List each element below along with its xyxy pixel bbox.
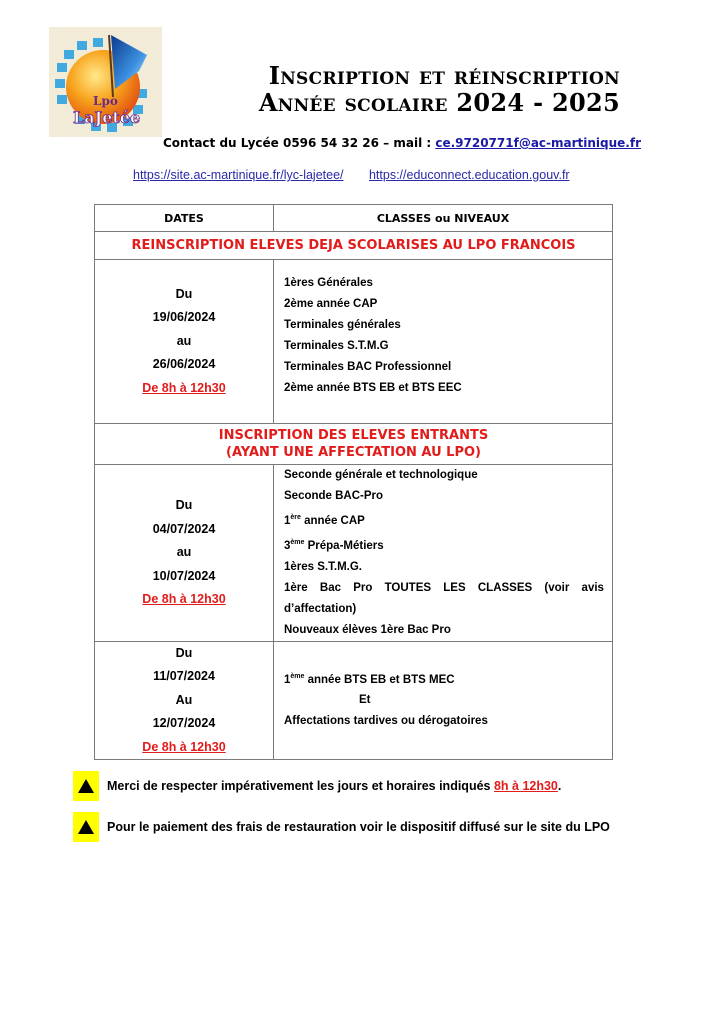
notice-text-main: Merci de respecter impérativement les jo…	[107, 779, 494, 793]
notice-text: Pour le paiement des frais de restaurati…	[107, 820, 610, 834]
class-item: Terminales S.T.M.G	[284, 336, 604, 357]
class-item: 3ème Prépa-Métiers	[284, 532, 604, 557]
class-item: Seconde BAC-Pro	[284, 486, 604, 507]
class-item: Terminales BAC Professionnel	[284, 357, 604, 378]
class-item: 1ère année CAP	[284, 507, 604, 532]
registration-schedule-table: DATES CLASSES ou NIVEAUX REINSCRIPTION E…	[94, 204, 613, 760]
class-connector: Et	[284, 690, 604, 711]
date-range-cell: Du 11/07/2024 Au 12/07/2024 De 8h à 12h3…	[95, 641, 274, 760]
hours: De 8h à 12h30	[95, 736, 273, 760]
title-line-2: Année scolaire 2024 - 2025	[200, 89, 620, 116]
section-title-line: REINSCRIPTION ELEVES DEJA SCOLARISES AU …	[95, 237, 612, 254]
class-item: Affectations tardives ou dérogatoires	[284, 711, 604, 732]
logo-graphic: Lpo LaJetée	[49, 27, 162, 137]
contact-line: Contact du Lycée 0596 54 32 26 – mail : …	[0, 136, 724, 150]
notice-restauration: Pour le paiement des frais de restaurati…	[73, 812, 610, 842]
notice-hours: Merci de respecter impérativement les jo…	[73, 771, 561, 801]
class-item-justified: 1èreBacProTOUTESLESCLASSES(voiravis	[284, 578, 604, 599]
section-title-line: (AYANT UNE AFFECTATION AU LPO)	[95, 444, 612, 461]
hours: De 8h à 12h30	[95, 377, 273, 401]
classes-cell: 1ères Générales 2ème année CAP Terminale…	[274, 260, 613, 424]
class-item: Seconde générale et technologique	[284, 465, 604, 486]
title-line-1: Inscription et réinscription	[200, 62, 620, 89]
date-end: 26/06/2024	[95, 353, 273, 377]
header-dates: DATES	[95, 205, 274, 232]
hours: De 8h à 12h30	[95, 588, 273, 612]
date-start: 11/07/2024	[95, 665, 273, 689]
class-item: 1ères S.T.M.G.	[284, 557, 604, 578]
date-start: 04/07/2024	[95, 518, 273, 542]
class-item: 1ème année BTS EB et BTS MEC	[284, 666, 604, 691]
page-title: Inscription et réinscription Année scola…	[200, 62, 620, 116]
section-title: REINSCRIPTION ELEVES DEJA SCOLARISES AU …	[95, 232, 613, 260]
section-title-line: INSCRIPTION DES ELEVES ENTRANTS	[95, 427, 612, 444]
date-start: 19/06/2024	[95, 306, 273, 330]
date-end: 10/07/2024	[95, 565, 273, 589]
contact-email-link[interactable]: ce.9720771f@ac-martinique.fr	[435, 136, 641, 150]
table-row: Du 04/07/2024 au 10/07/2024 De 8h à 12h3…	[95, 465, 613, 642]
table-row: Du 11/07/2024 Au 12/07/2024 De 8h à 12h3…	[95, 641, 613, 760]
section-header-reinscription: REINSCRIPTION ELEVES DEJA SCOLARISES AU …	[95, 232, 613, 260]
table-header-row: DATES CLASSES ou NIVEAUX	[95, 205, 613, 232]
school-logo: Lpo LaJetée	[49, 27, 162, 137]
class-item: Nouveaux élèves 1ère Bac Pro	[284, 620, 604, 641]
svg-text:Lpo: Lpo	[93, 94, 118, 108]
header-classes: CLASSES ou NIVEAUX	[274, 205, 613, 232]
contact-phone: Contact du Lycée 0596 54 32 26 – mail :	[163, 136, 435, 150]
date-to-label: au	[95, 330, 273, 354]
date-end: 12/07/2024	[95, 712, 273, 736]
table-row: Du 19/06/2024 au 26/06/2024 De 8h à 12h3…	[95, 260, 613, 424]
classes-cell: Seconde générale et technologique Second…	[274, 465, 613, 642]
svg-text:LaJetée: LaJetée	[73, 108, 140, 127]
date-range-cell: Du 04/07/2024 au 10/07/2024 De 8h à 12h3…	[95, 465, 274, 642]
date-from-label: Du	[95, 642, 273, 666]
notice-hours-highlight: 8h à 12h30	[494, 779, 558, 793]
warning-triangle-icon	[73, 812, 99, 842]
notice-suffix: .	[558, 779, 561, 793]
date-to-label: Au	[95, 689, 273, 713]
school-website-link[interactable]: https://site.ac-martinique.fr/lyc-lajete…	[133, 168, 344, 182]
class-item: 2ème année CAP	[284, 294, 604, 315]
section-header-inscription: INSCRIPTION DES ELEVES ENTRANTS (AYANT U…	[95, 424, 613, 465]
website-links: https://site.ac-martinique.fr/lyc-lajete…	[133, 168, 592, 182]
date-from-label: Du	[95, 494, 273, 518]
notice-text: Merci de respecter impérativement les jo…	[107, 779, 561, 793]
class-item: 1ères Générales	[284, 273, 604, 294]
section-title: INSCRIPTION DES ELEVES ENTRANTS (AYANT U…	[95, 424, 613, 465]
class-item: 2ème année BTS EB et BTS EEC	[284, 378, 604, 399]
classes-cell: 1ème année BTS EB et BTS MEC Et Affectat…	[274, 641, 613, 760]
date-from-label: Du	[95, 283, 273, 307]
class-item: Terminales générales	[284, 315, 604, 336]
class-item-continuation: d’affectation)	[284, 599, 604, 620]
date-range-cell: Du 19/06/2024 au 26/06/2024 De 8h à 12h3…	[95, 260, 274, 424]
educonnect-link[interactable]: https://educonnect.education.gouv.fr	[369, 168, 570, 182]
date-to-label: au	[95, 541, 273, 565]
warning-triangle-icon	[73, 771, 99, 801]
